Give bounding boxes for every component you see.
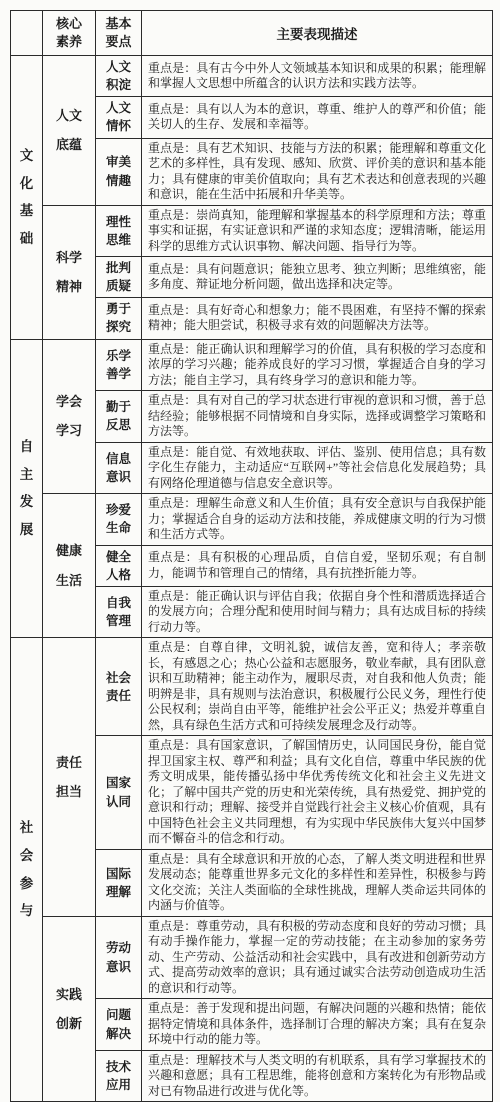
- point-cell: 劳动意识: [96, 916, 142, 999]
- competency-label: 实践创新: [54, 980, 84, 1039]
- category-cell-social-participation: 社会参与: [11, 638, 43, 1102]
- point-label: 勇于探究: [104, 300, 133, 336]
- point-cell: 信息意识: [96, 442, 142, 494]
- point-cell: 人文积淀: [96, 56, 142, 97]
- header-competency-cell: 核心素养: [43, 11, 96, 56]
- category-label: 自主发展: [18, 433, 34, 544]
- point-cell: 问题解决: [96, 999, 142, 1051]
- point-label: 珍爱生命: [104, 501, 133, 537]
- point-label: 人文积淀: [104, 58, 133, 94]
- point-label: 劳动意识: [104, 939, 133, 975]
- table-row: 实践创新 劳动意识 重点是：尊重劳动，具有积极的劳动态度和良好的劳动习惯；具有动…: [11, 916, 493, 999]
- description-cell: 重点是：具有积极的心理品质，自信自爱，坚韧乐观；有自制力，能调节和管理自己的情绪…: [142, 545, 493, 586]
- description-cell: 重点是：具有好奇心和想象力；能不畏困难，有坚持不懈的探索精神；能大胆尝试，积极寻…: [142, 298, 493, 339]
- competency-cell-scientific-spirit: 科学精神: [43, 205, 96, 339]
- point-label: 国家认同: [104, 774, 133, 810]
- point-cell: 自我管理: [96, 586, 142, 638]
- point-label: 社会责任: [104, 669, 133, 705]
- description-cell: 重点是：具有以人为本的意识，尊重、维护人的尊严和价值；能关切人的生存、发展和幸福…: [142, 97, 493, 138]
- point-label: 国际理解: [104, 865, 133, 901]
- core-competency-table: 核心素养 基本要点 主要表现描述 文化基础 人文底蕴 人文积淀 重点是：具有古今…: [10, 10, 493, 1102]
- description-cell: 重点是：具有问题意识；能独立思考、独立判断；思维缜密，能多角度、辩证地分析问题，…: [142, 257, 493, 298]
- description-cell: 重点是：具有对自己的学习状态进行审视的意识和习惯，善于总结经验；能够根据不同情境…: [142, 391, 493, 443]
- table-row: 自主发展 学会学习 乐学善学 重点是：能正确认识和理解学习的价值，具有积极的学习…: [11, 339, 493, 391]
- description-cell: 重点是：尊重劳动，具有积极的劳动态度和良好的劳动习惯；具有动手操作能力，掌握一定…: [142, 916, 493, 999]
- point-label: 技术应用: [104, 1058, 133, 1094]
- header-competency-label: 核心素养: [53, 15, 84, 51]
- competency-cell-humanistic-heritage: 人文底蕴: [43, 56, 96, 206]
- competency-label: 责任担当: [54, 748, 84, 807]
- point-label: 健全人格: [104, 548, 133, 584]
- point-cell: 技术应用: [96, 1050, 142, 1102]
- header-description-label: 主要表现描述: [146, 23, 488, 43]
- point-label: 勤于反思: [104, 398, 133, 434]
- category-cell-cultural-foundation: 文化基础: [11, 56, 43, 340]
- point-cell: 勤于反思: [96, 391, 142, 443]
- description-cell: 重点是：理解技术与人类文明的有机联系，具有学习掌握技术的兴趣和意愿；具有工程思维…: [142, 1050, 493, 1102]
- header-description-cell: 主要表现描述: [142, 11, 493, 56]
- point-cell: 珍爱生命: [96, 494, 142, 546]
- table-row: 社会参与 责任担当 社会责任 重点是：自尊自律，文明礼貌，诚信友善，宽和待人；孝…: [11, 638, 493, 736]
- description-cell: 重点是：具有全球意识和开放的心态，了解人类文明进程和世界发展动态；能尊重世界多元…: [142, 849, 493, 916]
- point-label: 乐学善学: [104, 347, 133, 383]
- point-cell: 理性思维: [96, 205, 142, 257]
- header-point-label: 基本要点: [103, 15, 134, 51]
- point-cell: 社会责任: [96, 638, 142, 736]
- description-cell: 重点是：能自觉、有效地获取、评估、鉴别、使用信息；具有数字化生存能力，主动适应“…: [142, 442, 493, 494]
- header-row: 核心素养 基本要点 主要表现描述: [11, 11, 493, 56]
- description-cell: 重点是：具有国家意识，了解国情历史，认同国民身份，能自觉捍卫国家主权、尊严和利益…: [142, 736, 493, 850]
- point-cell: 勇于探究: [96, 298, 142, 339]
- competency-label: 健康生活: [54, 536, 84, 595]
- table-row: 科学精神 理性思维 重点是：崇尚真知，能理解和掌握基本的科学原理和方法；尊重事实…: [11, 205, 493, 257]
- description-cell: 重点是：崇尚真知，能理解和掌握基本的科学原理和方法；尊重事实和证据，有实证意识和…: [142, 205, 493, 257]
- header-category-cell: [11, 11, 43, 56]
- point-cell: 批判质疑: [96, 257, 142, 298]
- competency-cell-responsibility: 责任担当: [43, 638, 96, 917]
- table-row: 文化基础 人文底蕴 人文积淀 重点是：具有古今中外人文领域基本知识和成果的积累；…: [11, 56, 493, 97]
- point-cell: 乐学善学: [96, 339, 142, 391]
- description-cell: 重点是：具有古今中外人文领域基本知识和成果的积累；能理解和掌握人文思想中所蕴含的…: [142, 56, 493, 97]
- category-label: 社会参与: [18, 814, 34, 925]
- point-label: 问题解决: [104, 1006, 133, 1042]
- competency-label: 学会学习: [54, 387, 84, 446]
- competency-cell-learning-to-learn: 学会学习: [43, 339, 96, 494]
- point-cell: 审美情趣: [96, 138, 142, 205]
- category-cell-self-development: 自主发展: [11, 339, 43, 638]
- point-label: 审美情趣: [104, 153, 133, 189]
- description-cell: 重点是：自尊自律，文明礼貌，诚信友善，宽和待人；孝亲敬长，有感恩之心；热心公益和…: [142, 638, 493, 736]
- description-cell: 重点是：能正确认识和理解学习的价值，具有积极的学习态度和浓厚的学习兴趣；能养成良…: [142, 339, 493, 391]
- competency-cell-practice-innovation: 实践创新: [43, 916, 96, 1102]
- point-cell: 国际理解: [96, 849, 142, 916]
- point-cell: 国家认同: [96, 736, 142, 850]
- competency-cell-healthy-living: 健康生活: [43, 494, 96, 638]
- point-label: 自我管理: [104, 594, 133, 630]
- point-label: 理性思维: [104, 213, 133, 249]
- point-cell: 人文情怀: [96, 97, 142, 138]
- point-cell: 健全人格: [96, 545, 142, 586]
- header-point-cell: 基本要点: [96, 11, 142, 56]
- category-label: 文化基础: [18, 142, 34, 253]
- point-label: 批判质疑: [104, 259, 133, 295]
- point-label: 人文情怀: [104, 99, 133, 135]
- competency-label: 人文底蕴: [54, 101, 84, 160]
- competency-label: 科学精神: [54, 243, 84, 302]
- table-row: 健康生活 珍爱生命 重点是：理解生命意义和人生价值；具有安全意识与自我保护能力；…: [11, 494, 493, 546]
- point-label: 信息意识: [104, 450, 133, 486]
- description-cell: 重点是：具有艺术知识、技能与方法的积累；能理解和尊重文化艺术的多样性，具有发现、…: [142, 138, 493, 205]
- description-cell: 重点是：理解生命意义和人生价值；具有安全意识与自我保护能力；掌握适合自身的运动方…: [142, 494, 493, 546]
- description-cell: 重点是：能正确认识与评估自我；依据自身个性和潜质选择适合的发展方向；合理分配和使…: [142, 586, 493, 638]
- description-cell: 重点是：善于发现和提出问题，有解决问题的兴趣和热情；能依据特定情境和具体条件，选…: [142, 999, 493, 1051]
